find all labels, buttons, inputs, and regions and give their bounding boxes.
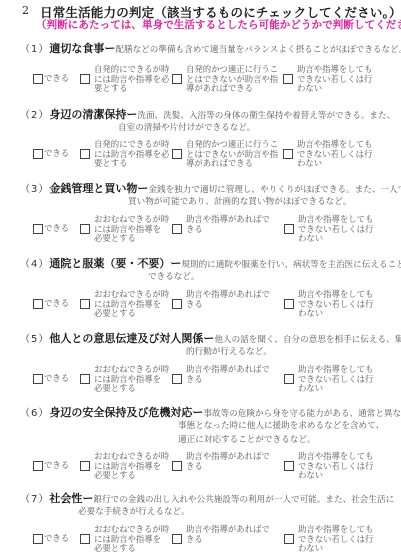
option-needs-occasional-help[interactable]: 自発的にできるが時 には助言や指導を必 要とする [80,65,169,94]
option-label: おおむねできるが時 には助言や指導を 必要とする [94,215,169,244]
option-can-do[interactable]: できる [33,534,69,544]
item-title: 金銭管理と買い物 [49,182,137,195]
item-description: 他人の話を聞く、自分の意思を相手に伝える、集団 [214,335,401,345]
option-label: できる [44,74,69,84]
item-description: 配膳などの準備も含めて適当量をバランスよく摂ることがほぼできるなど。 [115,45,401,55]
option-label: 助言や指導をしても できない若しくは行 わない [297,65,372,94]
checkbox[interactable] [172,461,182,471]
option-can-do-with-guidance[interactable]: 自発的かつ適正に行うこ とはできないが助言や指 導があればできる [172,140,278,169]
option-needs-occasional-help[interactable]: おおむねできるが時 には助言や指導を 必要とする [80,365,169,394]
checkbox[interactable] [284,299,294,309]
item-title: 社会性 [49,492,82,505]
option-label: 助言や指導をしても できない若しくは行 わない [298,290,373,319]
option-needs-occasional-help[interactable]: おおむねできるが時 には助言や指導を 必要とする [80,215,169,244]
option-label: できる [44,299,69,309]
checkbox[interactable] [284,534,294,544]
option-label: 助言や指導をしても できない若しくは行 わない [298,525,373,554]
item-description: 事故等の危険から身を守る能力がある、通常と異なる [203,409,401,419]
checkbox[interactable] [172,149,182,159]
checkbox[interactable] [283,74,293,84]
item-number: （2） [20,110,49,121]
option-label: おおむねできるが時 には助言や指導を 必要とする [94,525,169,554]
item-description-continued: 必要な手続きが行えるなど。 [78,505,190,517]
option-can-do[interactable]: できる [33,374,69,384]
item-title: 他人との意思伝達及び対人関係 [49,332,203,345]
checkbox[interactable] [80,224,90,234]
option-label: できる [44,149,69,159]
item-description-continued: 適正に対応することができるなど。 [178,433,316,445]
item-heading: （1）適切な食事ー配膳などの準備も含めて適当量をバランスよく摂ることがほぼできる… [20,40,401,56]
option-cannot-do[interactable]: 助言や指導をしても できない若しくは行 わない [284,452,373,481]
dash-separator: ー [170,257,181,270]
option-needs-occasional-help[interactable]: 自発的にできるが時 には助言や指導を必 要とする [80,140,169,169]
checkbox[interactable] [80,149,90,159]
option-needs-occasional-help[interactable]: おおむねできるが時 には助言や指導を 必要とする [80,525,169,554]
option-can-do-with-guidance[interactable]: 助言や指導があればで きる [172,365,270,384]
option-label: できる [44,461,69,471]
option-cannot-do[interactable]: 助言や指導をしても できない若しくは行 わない [284,215,373,244]
option-label: 助言や指導があればで きる [186,215,270,234]
option-needs-occasional-help[interactable]: おおむねできるが時 には助言や指導を 必要とする [80,452,169,481]
option-can-do[interactable]: できる [33,74,69,84]
option-label: できる [44,374,69,384]
option-cannot-do[interactable]: 助言や指導をしても できない若しくは行 わない [283,65,372,94]
item-number: （6） [20,408,49,419]
checkbox[interactable] [33,224,43,234]
item-description-continued: 買い物が可能であり、計画的な買い物がほぼできるなど。 [128,195,351,207]
item-heading: （7）社会性ー銀行での金銭の出し入れや公共施設等の利用が一人で可能。また、社会生… [20,490,394,506]
dash-separator: ー [82,492,93,505]
item-number: （7） [20,494,49,505]
item-title: 身辺の清潔保持 [49,108,126,121]
option-can-do[interactable]: できる [33,224,69,234]
checkbox[interactable] [33,74,43,84]
option-can-do[interactable]: できる [33,149,69,159]
checkbox[interactable] [80,299,90,309]
checkbox[interactable] [80,74,90,84]
option-label: 助言や指導があればで きる [186,452,270,471]
dash-separator: ー [203,332,214,345]
option-can-do-with-guidance[interactable]: 助言や指導があればで きる [172,215,270,234]
checkbox[interactable] [33,534,43,544]
item-number: （5） [20,334,49,345]
checkbox[interactable] [80,534,90,544]
page-subtitle-note: （判断にあたっては、単身で生活するとしたら可能かどうかで判断してください。） [36,17,401,32]
item-title: 身辺の安全保持及び危機対応 [49,406,192,419]
option-label: 助言や指導があればで きる [186,365,270,384]
item-description: 洗面、洗髪、入浴等の身体の衛生保持や着替え等ができる。また、 [137,111,395,121]
option-label: 自発的かつ適正に行うこ とはできないが助言や指 導があればできる [186,140,278,169]
item-description-continued: 的行動が行えるなど。 [186,345,272,357]
option-can-do-with-guidance[interactable]: 自発的かつ適正に行うこ とはできないが助言や指 導があればできる [172,65,278,94]
option-label: できる [44,534,69,544]
option-label: 自発的かつ適正に行うこ とはできないが助言や指 導があればできる [186,65,278,94]
item-heading: （2）身辺の清潔保持ー洗面、洗髪、入浴等の身体の衛生保持や着替え等ができる。また… [20,106,395,122]
option-label: 助言や指導があればで きる [186,290,270,309]
item-title: 通院と服薬（要・不要） [49,257,170,270]
option-needs-occasional-help[interactable]: おおむねできるが時 には助言や指導を 必要とする [80,290,169,319]
option-can-do-with-guidance[interactable]: 助言や指導があればで きる [172,452,270,471]
dash-separator: ー [104,42,115,55]
checkbox[interactable] [172,299,182,309]
option-label: 助言や指導をしても できない若しくは行 わない [298,215,373,244]
option-cannot-do[interactable]: 助言や指導をしても できない若しくは行 わない [284,290,373,319]
option-can-do[interactable]: できる [33,461,69,471]
item-number: （1） [20,44,49,55]
option-can-do[interactable]: できる [33,299,69,309]
checkbox[interactable] [284,461,294,471]
item-heading: （5）他人との意思伝達及び対人関係ー他人の話を聞く、自分の意思を相手に伝える、集… [20,330,401,346]
item-description-continued: 自室の清掃や片付けができるなど。 [118,121,256,133]
option-label: 助言や指導をしても できない若しくは行 わない [298,365,373,394]
option-label: 助言や指導をしても できない若しくは行 わない [297,140,372,169]
checkbox[interactable] [80,461,90,471]
option-can-do-with-guidance[interactable]: 助言や指導があればで きる [172,525,270,544]
option-label: おおむねできるが時 には助言や指導を 必要とする [94,452,169,481]
item-heading: （6）身辺の安全保持及び危機対応ー事故等の危険から身を守る能力がある、通常と異な… [20,404,401,420]
option-label: 助言や指導があればで きる [186,525,270,544]
item-description: 金銭を独力で適切に管理し、やりくりがほぼできる。また、一人で [148,185,401,195]
item-number: （4） [20,259,49,270]
item-heading: （4）通院と服薬（要・不要）ー規則的に通院や服薬を行い、病状等を主治医に伝えるこ… [20,255,401,271]
checkbox[interactable] [33,374,43,384]
checkbox[interactable] [172,74,182,84]
checkbox[interactable] [284,224,294,234]
checkbox[interactable] [33,149,43,159]
checkbox[interactable] [284,374,294,384]
checkbox[interactable] [172,374,182,384]
checkbox[interactable] [172,534,182,544]
checkbox[interactable] [80,374,90,384]
option-label: おおむねできるが時 には助言や指導を 必要とする [94,290,169,319]
option-cannot-do[interactable]: 助言や指導をしても できない若しくは行 わない [284,365,373,394]
option-label: 自発的にできるが時 には助言や指導を必 要とする [94,65,169,94]
option-can-do-with-guidance[interactable]: 助言や指導があればで きる [172,290,270,309]
checkbox[interactable] [283,149,293,159]
item-description: 規則的に通院や服薬を行い、病状等を主治医に伝えることが [181,260,401,270]
option-label: 自発的にできるが時 には助言や指導を必 要とする [94,140,169,169]
dash-separator: ー [126,108,137,121]
checkbox[interactable] [172,224,182,234]
item-description: 銀行での金銭の出し入れや公共施設等の利用が一人で可能。また、社会生活に [93,495,394,505]
option-label: おおむねできるが時 には助言や指導を 必要とする [94,365,169,394]
checkbox[interactable] [33,299,43,309]
option-label: できる [44,224,69,234]
item-description-continued: 事態となった時に他人に援助を求めるなどを含めて、 [178,419,384,431]
dash-separator: ー [192,406,203,419]
item-number: （3） [20,184,49,195]
section-number: 2 [22,4,29,17]
option-cannot-do[interactable]: 助言や指導をしても できない若しくは行 わない [283,140,372,169]
option-label: 助言や指導をしても できない若しくは行 わない [298,452,373,481]
dash-separator: ー [137,182,148,195]
option-cannot-do[interactable]: 助言や指導をしても できない若しくは行 わない [284,525,373,554]
item-heading: （3）金銭管理と買い物ー金銭を独力で適切に管理し、やりくりがほぼできる。また、一… [20,180,401,196]
checkbox[interactable] [33,461,43,471]
item-title: 適切な食事 [49,42,104,55]
item-description-continued: できるなど。 [148,270,200,282]
